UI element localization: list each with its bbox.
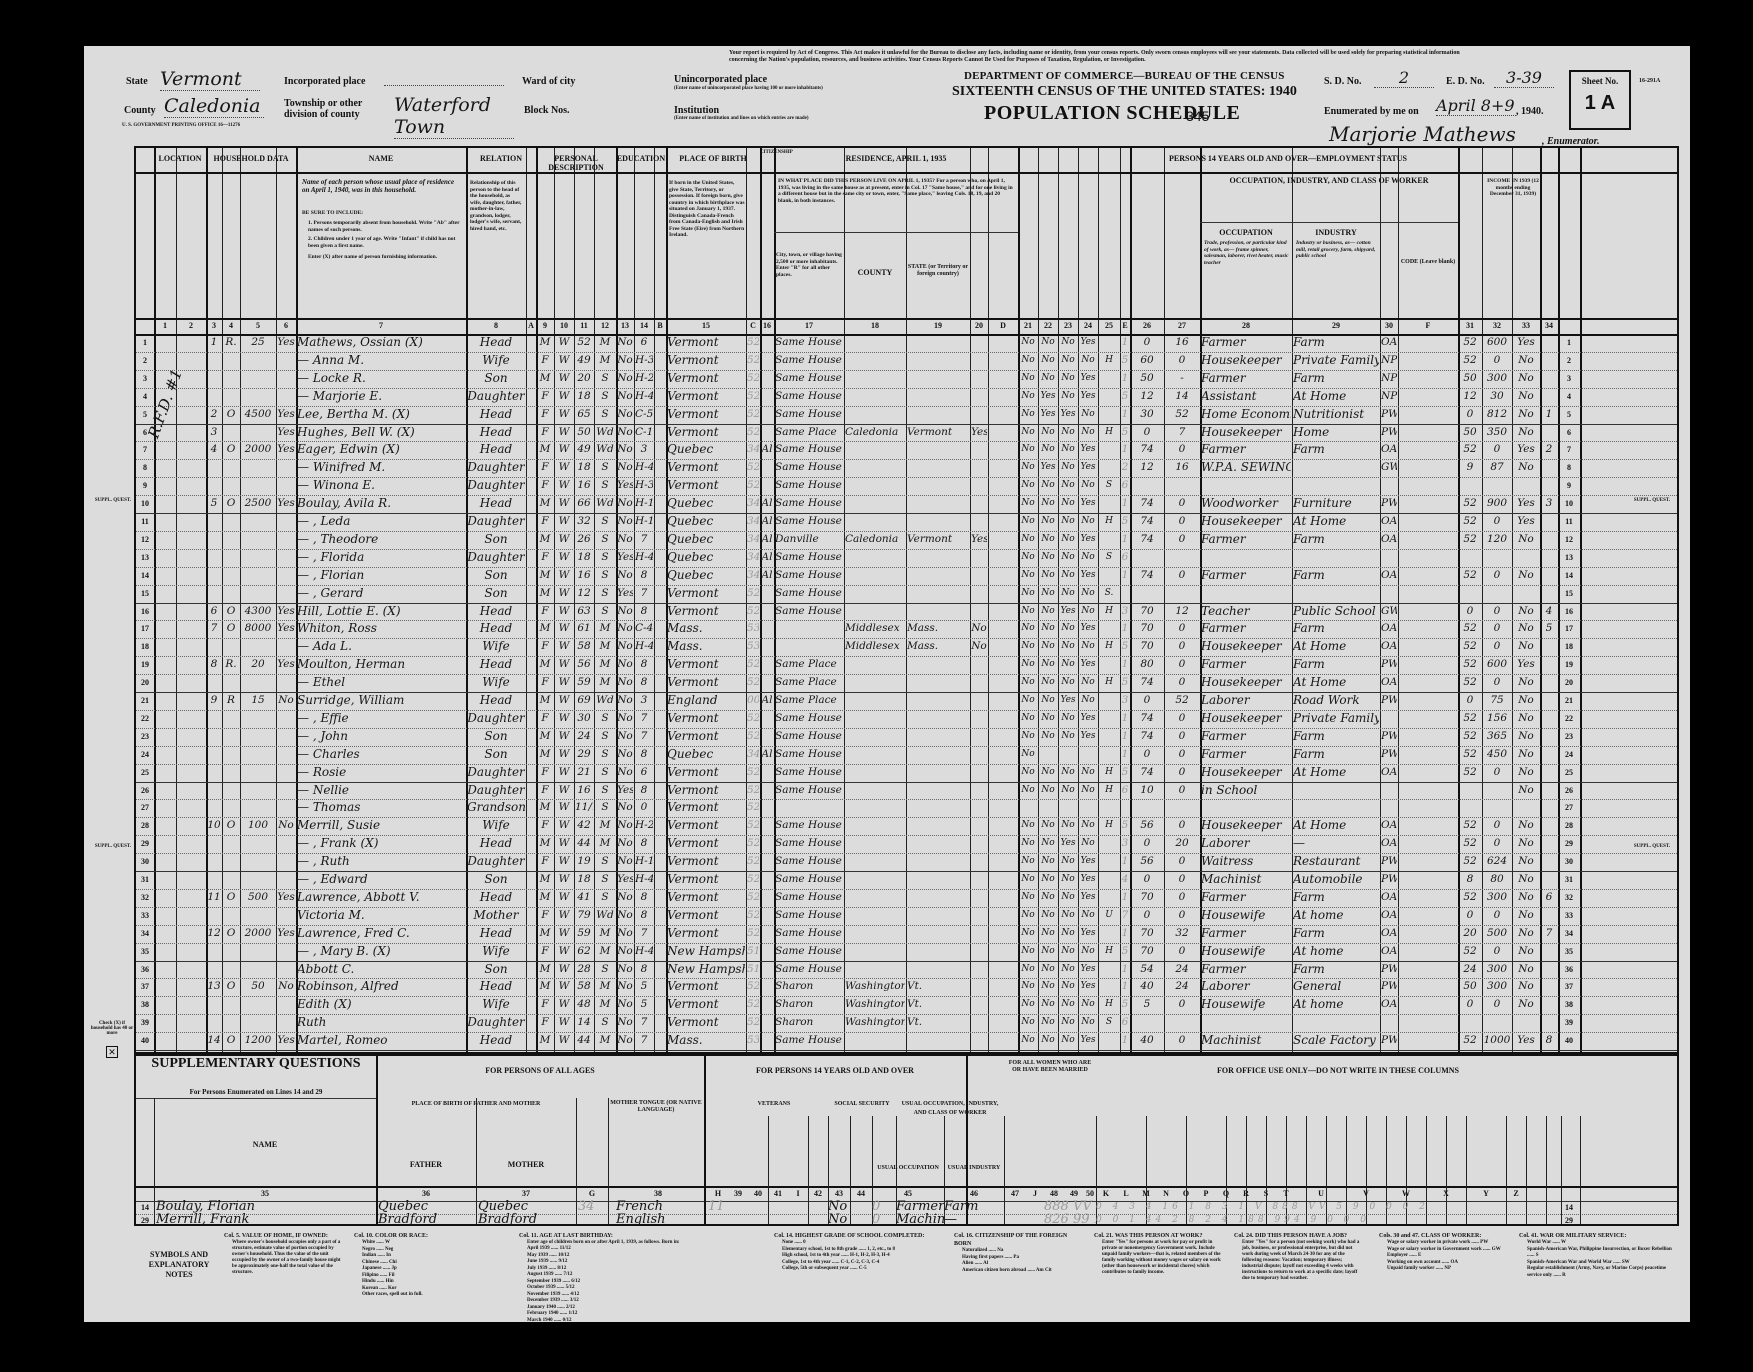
col-number: A — [526, 321, 536, 330]
col-number: 26 — [1130, 321, 1164, 330]
col-number: 13 — [616, 321, 634, 330]
cell-occupation: in School — [1201, 779, 1291, 801]
cell-house: 14 — [207, 1029, 221, 1051]
col-number: 18 — [844, 321, 906, 330]
cell-cit: Al — [761, 743, 773, 765]
institution-note: (Enter name of institution and lines on … — [674, 116, 809, 121]
cell-res-farm: Yes — [971, 421, 987, 443]
column-divider — [970, 148, 971, 1052]
col-number: 23 — [1058, 321, 1078, 330]
col-number: 30 — [1380, 321, 1398, 330]
cell-res-city: Same House — [775, 1029, 843, 1051]
column-divider — [1580, 1116, 1581, 1224]
cell-res-county: Middlesex — [845, 635, 905, 657]
cell-c34: 6 — [1541, 886, 1557, 908]
cell-owned: O — [223, 617, 239, 639]
supp-all-ages: FOR PERSONS OF ALL AGES — [376, 1066, 704, 1075]
column-divider — [850, 1116, 851, 1224]
note-col30: Cols. 30 and 47. CLASS OF WORKER:Wage or… — [1379, 1232, 1509, 1273]
cell-age: 44 — [575, 1029, 593, 1051]
line-number: 15 — [136, 589, 154, 598]
cell-c33: No — [1513, 564, 1539, 586]
cell-farm: Yes — [277, 617, 295, 639]
cell-c26: 10 — [1131, 779, 1163, 801]
cell-industry: Scale Factory — [1293, 1029, 1379, 1051]
line-number-right: 31 — [1560, 875, 1578, 884]
stamp-number: 345 — [1186, 108, 1209, 124]
cell-occupation: Machinist — [1201, 1029, 1291, 1051]
col-number: 25 — [1098, 321, 1120, 330]
note-col16: Col. 16. CITIZENSHIP OF THE FOREIGN BORN… — [954, 1232, 1084, 1274]
cell-e: 1 — [1121, 564, 1129, 586]
res-county-header: COUNTY — [844, 268, 906, 277]
note-col11-title: Col. 11. AGE AT LAST BIRTHDAY: — [519, 1232, 729, 1240]
cell-c25: U — [1099, 904, 1119, 926]
line-number: 29 — [136, 839, 154, 848]
cell-c33: No — [1513, 528, 1539, 550]
note-col30-title: Cols. 30 and 47. CLASS OF WORKER: — [1379, 1232, 1509, 1240]
line-number-right: 1 — [1560, 338, 1578, 347]
enumerated-year: , 1940. — [1516, 106, 1544, 117]
population-schedule-grid: LOCATIONHOUSEHOLD DATANAMERELATIONPERSON… — [134, 146, 1679, 1054]
line-number: 26 — [136, 786, 154, 795]
line-number-right: 14 — [1560, 571, 1578, 580]
column-divider — [844, 148, 845, 1052]
cell-value: 100 — [241, 814, 275, 836]
cell-res-farm: Yes — [971, 528, 987, 550]
cell-grade: 7 — [635, 1029, 653, 1051]
line-number: 31 — [136, 875, 154, 884]
cell-house: 11 — [207, 886, 221, 908]
cell-c32: 0 — [1483, 993, 1511, 1015]
cell-c34: 7 — [1541, 922, 1557, 944]
supp-usual-group: USUAL OCCUPATION, INDUSTRY, AND CLASS OF… — [896, 1100, 1004, 1118]
cell-c34: 2 — [1541, 438, 1557, 460]
enumerator-signature: Marjorie Mathews — [1329, 122, 1539, 147]
line-number-right: 32 — [1560, 893, 1578, 902]
cell-cit: Al — [761, 438, 773, 460]
line-number-right: 17 — [1560, 624, 1578, 633]
group-header-birth: PLACE OF BIRTH — [666, 154, 760, 163]
col-number: 15 — [666, 321, 746, 330]
cell-occupation: Farmer — [1201, 528, 1291, 550]
line-number-right: 35 — [1560, 947, 1578, 956]
cell-industry: Farm — [1293, 564, 1379, 586]
cell-school: No — [617, 1029, 633, 1051]
occupation-divider — [1200, 222, 1458, 223]
line-number: 23 — [136, 732, 154, 741]
cell-c34: 5 — [1541, 617, 1557, 639]
cell-class: PW — [1381, 689, 1397, 711]
col-number: 2 — [176, 321, 206, 330]
col-number: 4 — [222, 321, 240, 330]
industry-header: INDUSTRY — [1292, 228, 1380, 237]
cell-class: OA — [1381, 564, 1397, 586]
cell-class: OA — [1381, 993, 1397, 1015]
sheet-value: 1 A — [1571, 92, 1629, 115]
res-city-header: City, town, or village having 2,500 or m… — [776, 252, 842, 278]
supp-usual-ind-header: USUAL INDUSTRY — [944, 1164, 1004, 1173]
column-divider — [808, 1116, 809, 1224]
cell-c25: S — [1099, 474, 1119, 496]
line-number: 3 — [136, 374, 154, 383]
note-col10: Col. 10. COLOR OR RACE:White ...... WNeg… — [354, 1232, 504, 1299]
legal-notice: Your report is required by Act of Congre… — [729, 50, 1489, 64]
group-header-household: HOUSEHOLD DATA — [206, 154, 296, 163]
col-number: 31 — [1458, 321, 1482, 330]
birth-instructions: If born in the United States, give State… — [669, 180, 745, 239]
cell-farm: Yes — [277, 653, 295, 675]
col-number: D — [988, 321, 1018, 330]
line-number-right: 8 — [1560, 463, 1578, 472]
cell-c31: 52 — [1459, 528, 1481, 550]
cell-farm: Yes — [277, 922, 295, 944]
supp-title: SUPPLEMENTARY QUESTIONS — [136, 1056, 376, 1071]
institution-label: Institution — [674, 105, 719, 116]
cell-c26: 74 — [1131, 528, 1163, 550]
col-number: 11 — [574, 321, 594, 330]
cell-c32: 120 — [1483, 528, 1511, 550]
line-number-right: 15 — [1560, 589, 1578, 598]
supp-cell-code: 34 — [578, 1196, 606, 1218]
line-number-right: 38 — [1560, 1000, 1578, 1009]
cell-value: 1200 — [241, 1029, 275, 1051]
ward-label: Ward of city — [522, 76, 575, 87]
note-col41-item: Spanish-American War, Philippine Insurre… — [1519, 1247, 1674, 1260]
cell-c33: Yes — [1513, 1029, 1539, 1051]
cell-c32: 0 — [1483, 564, 1511, 586]
note-col11: Col. 11. AGE AT LAST BIRTHDAY:Enter age … — [519, 1232, 729, 1324]
supp-women: FOR ALL WOMEN WHO ARE OR HAVE BEEN MARRI… — [1004, 1060, 1096, 1074]
col-number: 21 — [1018, 321, 1038, 330]
cell-house: 13 — [207, 975, 221, 997]
cell-occupation: Housewife — [1201, 993, 1291, 1015]
group-header-personal: PERSONAL DESCRIPTION — [536, 154, 616, 172]
line-number: 28 — [136, 821, 154, 830]
line-number-right: 39 — [1560, 1018, 1578, 1027]
name-rule-2: 2. Children under 1 year of age. Write "… — [308, 236, 462, 249]
township-label: Township or other division of county — [284, 98, 394, 120]
col-number: 5 — [240, 321, 276, 330]
sd-value: 2 — [1374, 68, 1434, 88]
check-box[interactable]: ✕ — [106, 1046, 118, 1058]
line-number: 10 — [136, 499, 154, 508]
cell-farm: No — [277, 814, 295, 836]
census-page: Your report is required by Act of Congre… — [84, 46, 1690, 1322]
line-number-right: 4 — [1560, 392, 1578, 401]
cell-value: 25 — [241, 331, 275, 353]
cell-house: 10 — [207, 814, 221, 836]
column-divider — [1580, 148, 1582, 1052]
header-divider — [136, 172, 1677, 174]
cell-owned: O — [223, 1029, 239, 1051]
col-number: 8 — [466, 321, 526, 330]
note-col11-item: March 1940 ...... 0/12 — [519, 1318, 729, 1325]
col-number: 19 — [906, 321, 970, 330]
cell-owned: O — [223, 922, 239, 944]
note-col24-text: Enter "Yes" for a person (not seeking wo… — [1234, 1240, 1364, 1282]
cell-value: 500 — [241, 886, 275, 908]
line-number-right: 29 — [1560, 839, 1578, 848]
cell-owned: R. — [223, 331, 239, 353]
note-col14-title: Col. 14. HIGHEST GRADE OF SCHOOL COMPLET… — [774, 1232, 944, 1240]
line-number: 30 — [136, 857, 154, 866]
cell-house: 12 — [207, 922, 221, 944]
col-number: C — [746, 321, 760, 330]
cell-c32: 1000 — [1483, 1029, 1511, 1051]
line-number-right: 2 — [1560, 356, 1578, 365]
column-divider — [1398, 148, 1399, 1052]
column-divider — [608, 1098, 609, 1224]
cell-house: 1 — [207, 331, 221, 353]
supp-col-number: 41 — [768, 1189, 788, 1198]
line-number-right: 26 — [1560, 786, 1578, 795]
suppl-quest-label-right-29: SUPPL. QUEST. — [1632, 844, 1672, 849]
col-number: 34 — [1540, 321, 1558, 330]
cell-owned: O — [223, 438, 239, 460]
line-number: 13 — [136, 553, 154, 562]
cell-e: 6 — [1121, 779, 1129, 801]
supp-col-number: 39 — [728, 1189, 748, 1198]
cell-industry: Farm — [1293, 528, 1379, 550]
suppl-quest-label-right-14: SUPPL. QUEST. — [1632, 498, 1672, 503]
cell-farm: Yes — [277, 886, 295, 908]
cell-c26: 40 — [1131, 1029, 1163, 1051]
supp-col-number: 40 — [748, 1189, 768, 1198]
census-title: SIXTEENTH CENSUS OF THE UNITED STATES: 1… — [952, 84, 1297, 100]
col-number: B — [654, 321, 666, 330]
supp-line-number: 14 — [136, 1203, 154, 1212]
note-col16-title: Col. 16. CITIZENSHIP OF THE FOREIGN BORN — [954, 1232, 1084, 1248]
cell-c34: 1 — [1541, 403, 1557, 425]
suppl-quest-label-14: SUPPL. QUEST. — [94, 498, 132, 503]
line-number: 11 — [136, 517, 154, 526]
incorporated-line — [384, 84, 504, 86]
cell-owned: O — [223, 975, 239, 997]
name-rule-3: Enter (X) after name of person furnishin… — [308, 254, 462, 261]
line-number: 16 — [136, 607, 154, 616]
cell-c26: 74 — [1131, 564, 1163, 586]
supp-col-number: 44 — [850, 1189, 872, 1198]
cell-farm: No — [277, 975, 295, 997]
cell-c24: Yes — [1079, 725, 1097, 747]
sd-label: S. D. No. — [1324, 76, 1362, 87]
cell-value: 2500 — [241, 492, 275, 514]
line-number-right: 12 — [1560, 535, 1578, 544]
note-col30-item: Unpaid family worker ...... NP — [1379, 1266, 1509, 1273]
cell-res-county: Caledonia — [845, 528, 905, 550]
col-number: 33 — [1512, 321, 1540, 330]
cell-farm: No — [277, 689, 295, 711]
group-header-employment: PERSONS 14 YEARS OLD AND OVER—EMPLOYMENT… — [1018, 154, 1558, 163]
cell-race: W — [555, 1029, 573, 1051]
cell-owned: O — [223, 886, 239, 908]
cell-house: 9 — [207, 689, 221, 711]
cell-c24: Yes — [1079, 1029, 1097, 1051]
cell-class: PW — [1381, 1029, 1397, 1051]
line-number-right: 21 — [1560, 696, 1578, 705]
supp-subtitle: For Persons Enumerated on Lines 14 and 2… — [136, 1088, 376, 1096]
supp-ss-header: SOCIAL SECURITY — [828, 1100, 896, 1109]
cell-res-state: Vermont — [907, 528, 969, 550]
line-number: 24 — [136, 750, 154, 759]
supp-over14: FOR PERSONS 14 YEARS OLD AND OVER — [704, 1066, 966, 1075]
supp-veterans-header: VETERANS — [726, 1100, 822, 1109]
cell-res-city: Same House — [775, 600, 843, 622]
sheet-box: Sheet No. 1 A — [1569, 70, 1631, 130]
occupation-header: OCCUPATION — [1200, 228, 1292, 237]
line-number-right: 18 — [1560, 642, 1578, 651]
cell-class: OA — [1381, 761, 1397, 783]
cell-c33: No — [1513, 456, 1539, 478]
name-rule-1: 1. Persons temporarily absent from house… — [308, 220, 462, 233]
cell-class: GW — [1381, 456, 1397, 478]
note-col5: Col. 5. VALUE OF HOME, IF OWNED:Where ow… — [224, 1232, 344, 1276]
col-number: 12 — [594, 321, 616, 330]
col-number: 28 — [1200, 321, 1292, 330]
note-col10-title: Col. 10. COLOR OR RACE: — [354, 1232, 504, 1240]
column-divider — [154, 148, 156, 1052]
line-number-right: 24 — [1560, 750, 1578, 759]
note-col41-title: Col. 41. WAR OR MILITARY SERVICE: — [1519, 1232, 1674, 1240]
line-number-right: 37 — [1560, 982, 1578, 991]
note-col41-item: Regular establishment (Army, Navy, or Ma… — [1519, 1266, 1674, 1279]
line-number: 36 — [136, 965, 154, 974]
industry-examples: Industry or business, as— cotton mill, r… — [1296, 240, 1378, 260]
cell-c27: 0 — [1165, 564, 1199, 586]
occupation-group-header: OCCUPATION, INDUSTRY, AND CLASS OF WORKE… — [1200, 176, 1458, 185]
divider — [136, 1098, 376, 1099]
column-divider — [176, 148, 177, 1052]
cell-c32: 0 — [1483, 761, 1511, 783]
ed-label: E. D. No. — [1446, 76, 1485, 87]
supp-col-number: I — [788, 1189, 808, 1198]
line-number: 39 — [136, 1018, 154, 1027]
cell-c25: H — [1099, 421, 1119, 443]
cell-owned: R. — [223, 653, 239, 675]
cell-farm: Yes — [277, 492, 295, 514]
group-header-education: EDUCATION — [616, 154, 666, 163]
cell-res-state: Vermont — [907, 421, 969, 443]
supp-line-number: 29 — [136, 1216, 154, 1225]
note-col21: Col. 21. WAS THIS PERSON AT WORK?Enter "… — [1094, 1232, 1224, 1276]
cell-owned: O — [223, 814, 239, 836]
col-number: F — [1398, 321, 1458, 330]
cell-occupation: W.P.A. SEWING — [1201, 456, 1291, 478]
cell-c25: H — [1099, 779, 1119, 801]
col-number: 17 — [774, 321, 844, 330]
cell-c31: 52 — [1459, 1029, 1481, 1051]
cell-relation: Head — [467, 1029, 525, 1051]
cell-c27: 16 — [1165, 456, 1199, 478]
line-number: 33 — [136, 911, 154, 920]
enumerated-label: Enumerated by me on — [1324, 106, 1419, 117]
cell-c25: H — [1099, 510, 1119, 532]
cell-c34: 3 — [1541, 492, 1557, 514]
column-divider — [154, 1098, 155, 1224]
cell-c22: No — [1039, 725, 1057, 747]
line-number-right: 9 — [1560, 481, 1578, 490]
column-divider — [1004, 1116, 1005, 1224]
occupation-examples: Trade, profession, or particular kind of… — [1204, 240, 1290, 266]
column-divider — [906, 148, 907, 1052]
cell-c22: No — [1039, 779, 1057, 801]
cell-name: Martel, Romeo — [297, 1029, 465, 1051]
line-number-right: 20 — [1560, 678, 1578, 687]
line-number: 27 — [136, 803, 154, 812]
col-number: 16 — [760, 321, 774, 330]
line-number: 14 — [136, 571, 154, 580]
cell-house: 5 — [207, 492, 221, 514]
cell-e: 1 — [1121, 1029, 1129, 1051]
supp-line-number-right: 29 — [1560, 1216, 1578, 1225]
cell-c21: No — [1019, 779, 1037, 801]
unincorporated-note: (Enter name of unincorporated place havi… — [674, 86, 823, 91]
col-number: 9 — [536, 321, 554, 330]
line-number: 9 — [136, 481, 154, 490]
cell-value: 2000 — [241, 438, 275, 460]
line-number-right: 23 — [1560, 732, 1578, 741]
printing-office: U. S. GOVERNMENT PRINTING OFFICE 16—1127… — [122, 123, 240, 128]
line-number: 2 — [136, 356, 154, 365]
cell-c25: H — [1099, 635, 1119, 657]
cell-c21: No — [1019, 1029, 1037, 1051]
res-state-header: STATE (or Territory or foreign country) — [906, 264, 970, 278]
column-divider — [760, 148, 762, 1052]
col-number: 10 — [554, 321, 574, 330]
code-f-header: CODE (Leave blank) — [1398, 258, 1458, 267]
note-col10-item: Other races, spell out in full. — [354, 1292, 504, 1299]
cell-c23: No — [1059, 779, 1077, 801]
line-number-right: 25 — [1560, 768, 1578, 777]
line-number: 19 — [136, 660, 154, 669]
note-col21-text: Enter "Yes" for persons at work for pay … — [1094, 1240, 1224, 1276]
cell-farm: Yes — [277, 1029, 295, 1051]
line-number: 34 — [136, 929, 154, 938]
unincorporated-label: Unincorporated place — [674, 74, 767, 85]
cell-industry: At Home — [1293, 761, 1379, 783]
relation-instructions: Relationship of this person to the head … — [470, 180, 522, 232]
cell-owned: O — [223, 403, 239, 425]
department-title: DEPARTMENT OF COMMERCE—BUREAU OF THE CEN… — [964, 70, 1285, 82]
group-header-residence: RESIDENCE, APRIL 1, 1935 — [774, 154, 1018, 163]
col-number: 6 — [276, 321, 296, 330]
cell-value: 20 — [241, 653, 275, 675]
group-header-relation: RELATION — [466, 154, 536, 163]
cell-res-city: Same House — [775, 779, 843, 801]
cell-c33: No — [1513, 993, 1539, 1015]
ed-value: 3-39 — [1494, 68, 1554, 88]
cell-c24: No — [1079, 779, 1097, 801]
line-number-right: 34 — [1560, 929, 1578, 938]
cell-c25: H — [1099, 940, 1119, 962]
cell-owned: O — [223, 492, 239, 514]
line-number: 21 — [136, 696, 154, 705]
line-number-right: 28 — [1560, 821, 1578, 830]
cell-c31: 52 — [1459, 564, 1481, 586]
supp-cell-h: 11 — [708, 1196, 726, 1218]
supplementary-questions: SUPPLEMENTARY QUESTIONSFor Persons Enume… — [134, 1054, 1679, 1226]
name-instructions: Name of each person whose usual place of… — [302, 178, 462, 194]
cell-house: 7 — [207, 617, 221, 639]
suppl-quest-label-29: SUPPL. QUEST. — [94, 844, 132, 849]
cell-farm: Yes — [277, 331, 295, 353]
note-col5-text: Where owner's household occupies only a … — [224, 1240, 344, 1276]
line-number-right: 19 — [1560, 660, 1578, 669]
explanatory-notes: SYMBOLS AND EXPLANATORY NOTESCol. 5. VAL… — [134, 1228, 1679, 1318]
sheet-label: Sheet No. — [1571, 76, 1629, 86]
col-number: 24 — [1078, 321, 1098, 330]
